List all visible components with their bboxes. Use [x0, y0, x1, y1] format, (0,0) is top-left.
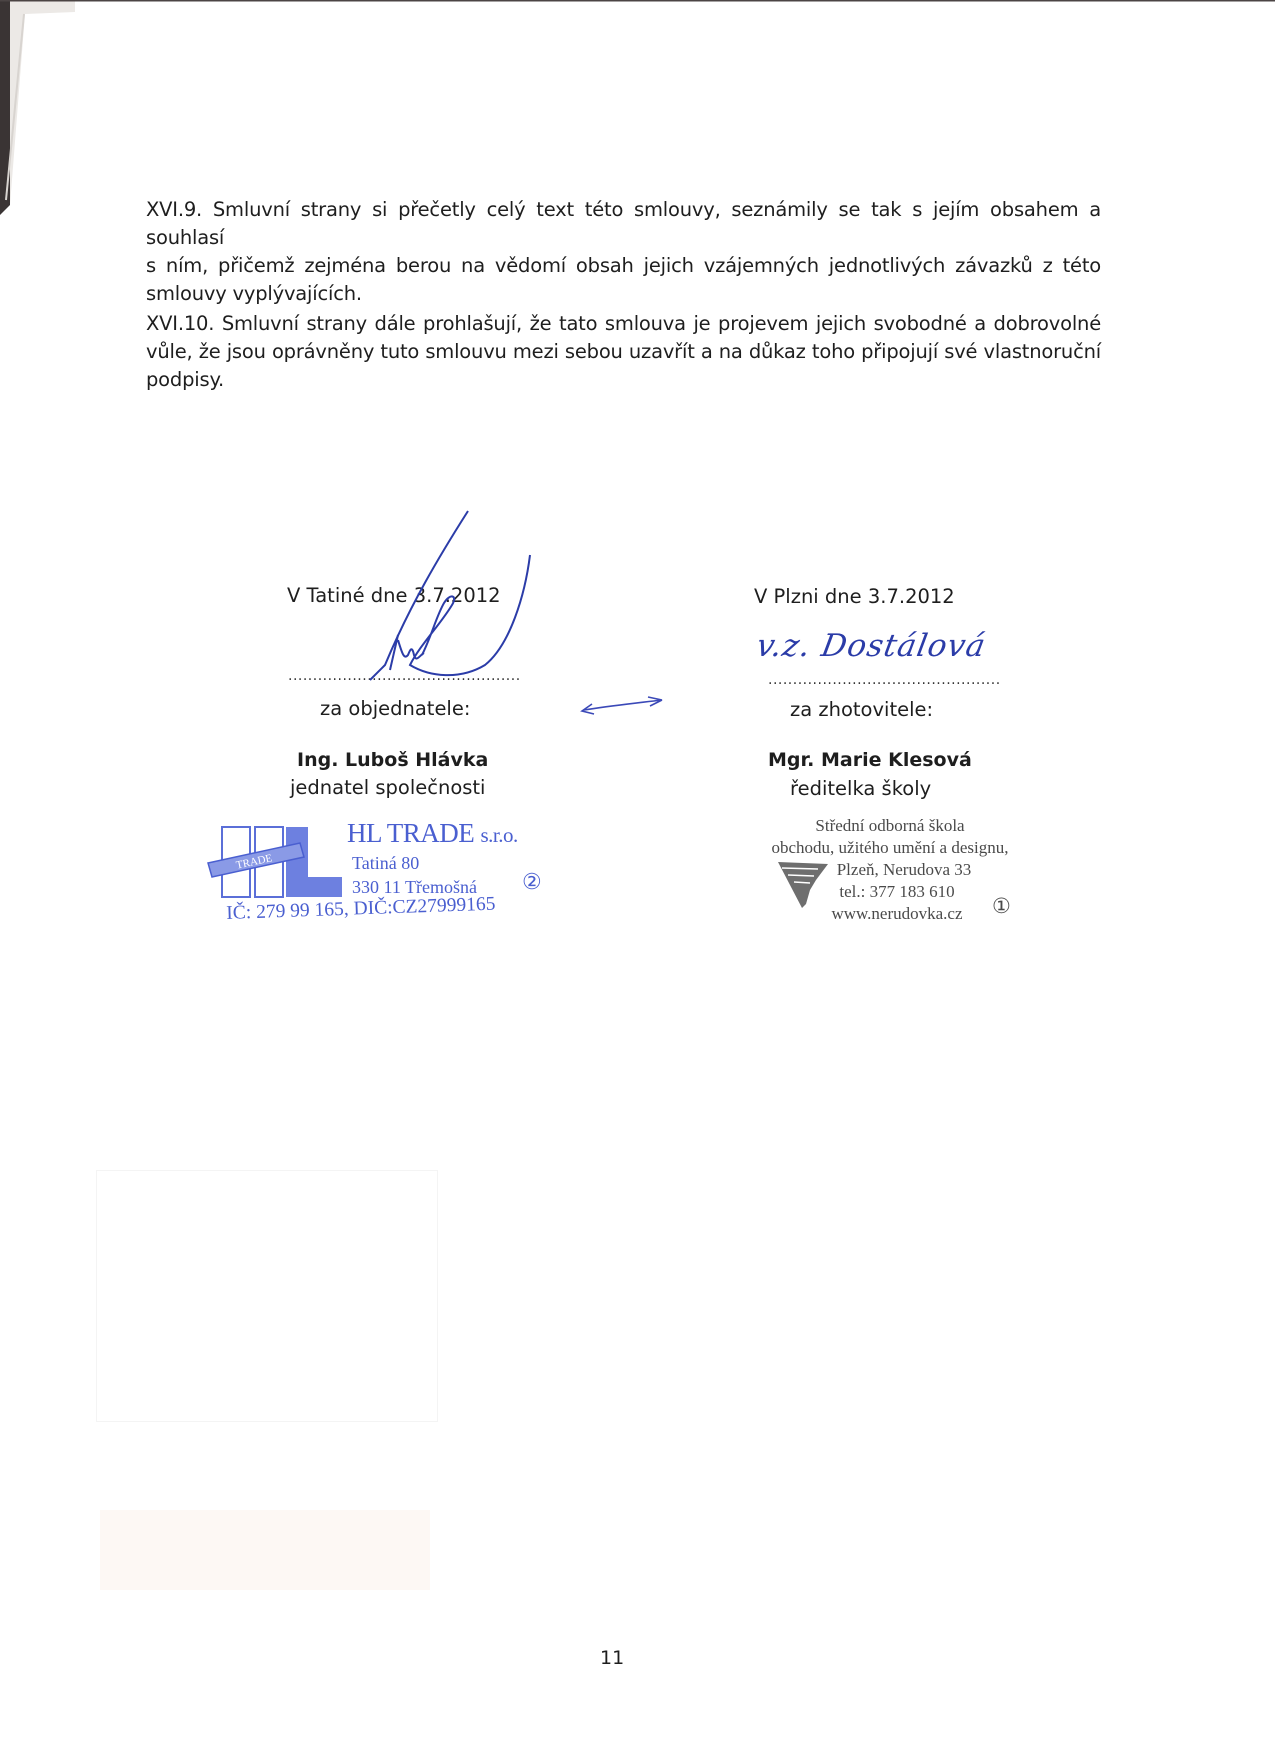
stamp-line: obchodu, užitého umění a designu, [750, 837, 1030, 859]
double-arrow-icon [578, 696, 668, 720]
stamp-street: Tatiná 80 [352, 853, 419, 874]
handwritten-signature-right: v.z. Dostálová [754, 628, 989, 664]
signer-title: ředitelka školy [790, 777, 931, 800]
show-through-band [100, 1510, 430, 1590]
place-date: V Plzni dne 3.7.2012 [754, 585, 955, 608]
paragraph-line: vůle, že jsou oprávněny tuto smlouvu mez… [146, 338, 1101, 366]
stamp-mark-1: ① [992, 894, 1011, 919]
paragraph-xvi-10: XVI.10. Smluvní strany dále prohlašují, … [146, 310, 1101, 394]
stamp-company-name: HL TRADE [347, 818, 474, 848]
paragraph-line: smlouvy vyplývajících. [146, 280, 1101, 308]
show-through-table [96, 1170, 438, 1422]
signer-title: jednatel společnosti [290, 776, 485, 799]
paragraph-line: XVI.9. Smluvní strany si přečetly celý t… [146, 196, 1101, 252]
stamp-line: Střední odborná škola [750, 815, 1030, 837]
signer-role: za objednatele: [320, 697, 470, 720]
handwritten-signature-left [340, 505, 540, 685]
signature-line: ........................................… [768, 672, 1001, 688]
paragraph-line: XVI.10. Smluvní strany dále prohlašují, … [146, 310, 1101, 338]
signer-name: Ing. Luboš Hlávka [297, 749, 488, 771]
stamp-company-suffix: s.r.o. [481, 823, 518, 847]
page-number: 11 [600, 1647, 624, 1669]
paragraph-line: podpisy. [146, 366, 1101, 394]
school-stamp-emblem-icon [778, 860, 833, 910]
paragraph-xvi-9: XVI.9. Smluvní strany si přečetly celý t… [146, 196, 1101, 308]
hl-trade-logo-icon: TRADE [208, 825, 343, 900]
signer-name: Mgr. Marie Klesová [768, 749, 972, 771]
stamp-mark-2: ② [522, 869, 542, 895]
paragraph-line: s ním, přičemž zejména berou na vědomí o… [146, 252, 1101, 280]
signer-role: za zhotovitele: [790, 698, 933, 721]
